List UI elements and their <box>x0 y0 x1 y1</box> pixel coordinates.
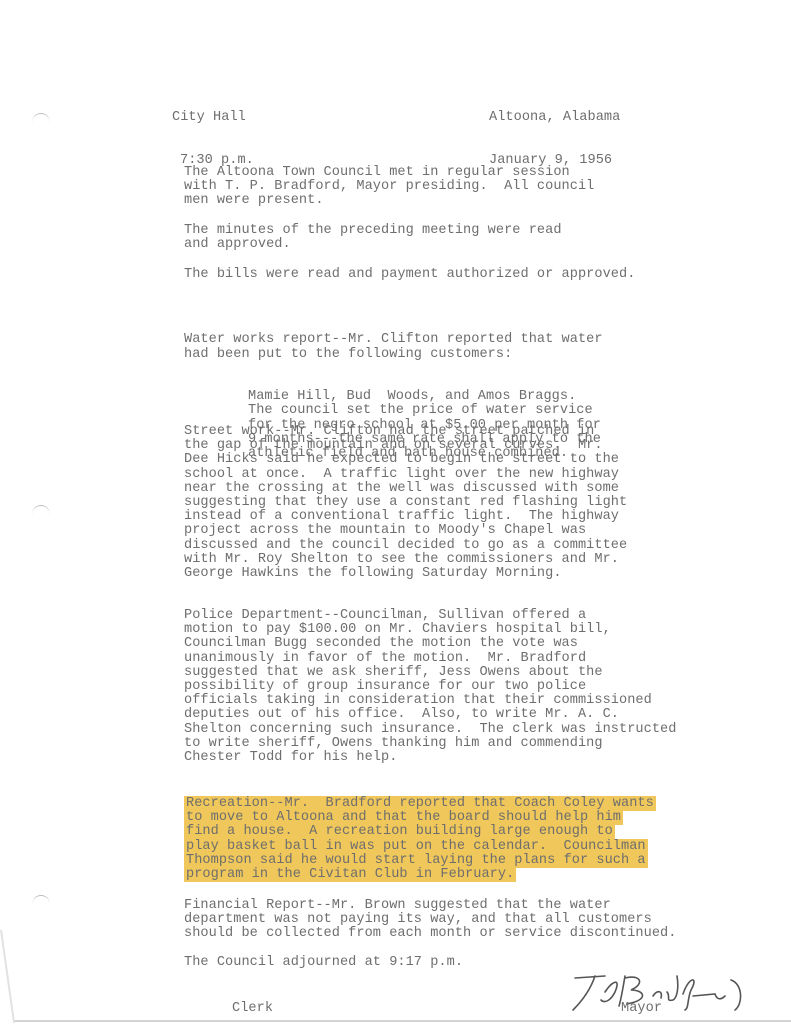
highlighted-text-line: play basket ball in was put on the calen… <box>184 840 656 854</box>
text-line: Dee Hicks said he expected to begin the … <box>184 453 627 467</box>
text-line: suggesting that they use a constant red … <box>184 496 627 510</box>
text-line: The minutes of the preceding meeting wer… <box>184 224 562 238</box>
mayor-signature <box>565 970 765 1014</box>
clerk-label: Clerk <box>232 1002 273 1016</box>
text-line: Chester Todd for his help. <box>184 751 676 765</box>
text-line: Councilman Bugg seconded the motion the … <box>184 637 676 651</box>
text-line: Police Department--Councilman, Sullivan … <box>184 609 676 623</box>
text-line: with Mr. Roy Shelton to see the commissi… <box>184 553 627 567</box>
text-line: instead of a conventional traffic light.… <box>184 510 627 524</box>
text-line: The bills were read and payment authoriz… <box>184 268 635 282</box>
text-line: Financial Report--Mr. Brown suggested th… <box>184 899 676 913</box>
water-works-lines: Water works report--Mr. Clifton reported… <box>184 333 603 361</box>
text-line: unanimously in favor of the motion. Mr. … <box>184 652 676 666</box>
document-page: City Hall 7:30 p.m. Altoona, Alabama Jan… <box>0 0 791 1024</box>
text-line: men were present. <box>184 194 594 208</box>
paragraph-financial-report: Financial Report--Mr. Brown suggested th… <box>184 899 676 942</box>
paragraph-recreation-highlighted: Recreation--Mr. Bradford reported that C… <box>184 797 656 882</box>
text-line: The Altoona Town Council met in regular … <box>184 166 594 180</box>
header-location: City Hall <box>172 111 254 125</box>
text-line: the gap of the mountain and on several c… <box>184 439 627 453</box>
text-line: discussed and the council decided to go … <box>184 539 627 553</box>
paragraph-bills: The bills were read and payment authoriz… <box>184 268 635 282</box>
text-line: near the crossing at the well was discus… <box>184 482 627 496</box>
highlighted-text-line: to move to Altoona and that the board sh… <box>184 811 656 825</box>
text-line: to write sheriff, Owens thanking him and… <box>184 737 676 751</box>
page-bottom-edge <box>14 1020 791 1022</box>
text-line: project across the mountain to Moody's C… <box>184 524 627 538</box>
text-line: motion to pay $100.00 on Mr. Chaviers ho… <box>184 623 676 637</box>
text-line: and approved. <box>184 238 562 252</box>
text-line: with T. P. Bradford, Mayor presiding. Al… <box>184 180 594 194</box>
header-place: Altoona, Alabama <box>489 111 620 125</box>
text-line: The Council adjourned at 9:17 p.m. <box>184 956 463 970</box>
highlighted-text-line: program in the Civitan Club in February. <box>184 868 656 882</box>
punch-hole-mark <box>32 895 50 914</box>
text-line: possibility of group insurance for our t… <box>184 680 676 694</box>
text-line: Street work--Mr. Clifton had the street … <box>184 425 627 439</box>
text-line: Water works report--Mr. Clifton reported… <box>184 333 603 347</box>
highlighted-text-line: find a house. A recreation building larg… <box>184 825 656 839</box>
paragraph-minutes: The minutes of the preceding meeting wer… <box>184 224 562 252</box>
paragraph-adjournment: The Council adjourned at 9:17 p.m. <box>184 956 463 970</box>
mayor-label: Mayor <box>621 1002 662 1016</box>
text-line: George Hawkins the following Saturday Mo… <box>184 567 627 581</box>
text-line: department was not paying its way, and t… <box>184 913 676 927</box>
paragraph-police-department: Police Department--Councilman, Sullivan … <box>184 609 676 765</box>
text-line: should be collected from each month or s… <box>184 927 676 941</box>
text-line: Mamie Hill, Bud Woods, and Amos Braggs. <box>248 390 603 404</box>
text-line: deputies out of his office. Also, to wri… <box>184 708 676 722</box>
paragraph-street-work: Street work--Mr. Clifton had the street … <box>184 425 627 581</box>
text-line: The council set the price of water servi… <box>248 404 603 418</box>
highlighted-text-line: Recreation--Mr. Bradford reported that C… <box>184 797 656 811</box>
text-line: had been put to the following customers: <box>184 348 603 362</box>
text-line: Shelton concerning such insurance. The c… <box>184 723 676 737</box>
highlighted-text-line: Thompson said he would start laying the … <box>184 854 656 868</box>
punch-hole-mark <box>32 505 50 524</box>
punch-hole-mark <box>32 113 50 132</box>
text-line: officials taking in consideration that t… <box>184 694 676 708</box>
paragraph-opening: The Altoona Town Council met in regular … <box>184 166 594 209</box>
page-left-edge <box>0 930 15 1023</box>
text-line: suggested that we ask sheriff, Jess Owen… <box>184 666 676 680</box>
text-line: school at once. A traffic light over the… <box>184 468 627 482</box>
